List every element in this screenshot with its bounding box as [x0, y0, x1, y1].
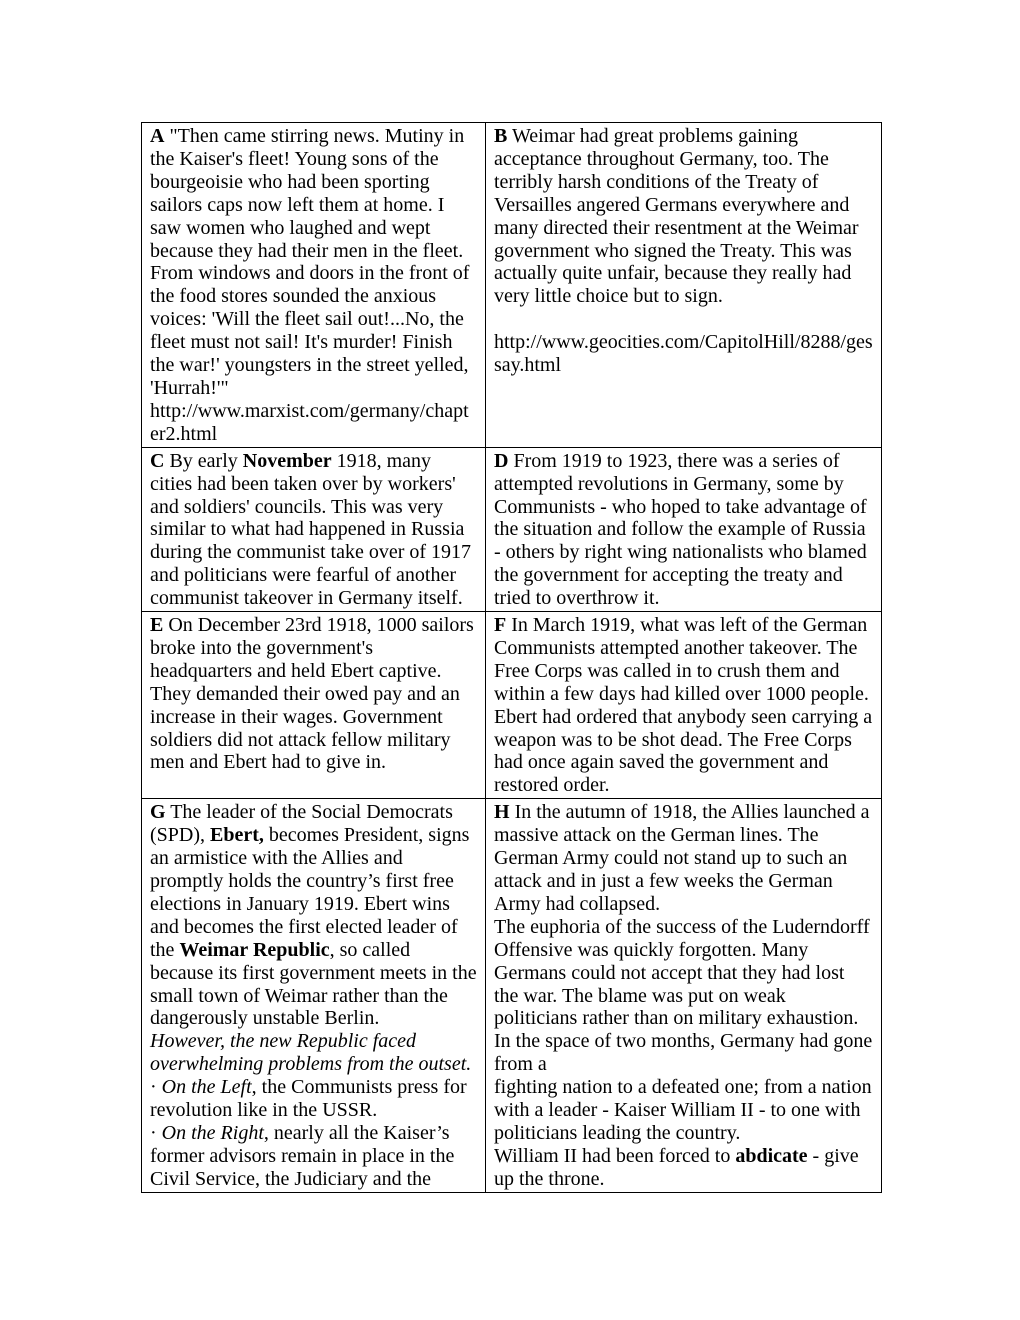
text-segment: C: [150, 450, 164, 472]
text-segment: By early: [164, 450, 242, 472]
text-segment: However, the new Republic faced overwhel…: [150, 1030, 471, 1075]
text-segment: Ebert,: [210, 824, 264, 846]
table-cell-d: D From 1919 to 1923, there was a series …: [486, 447, 882, 611]
table-cell-g: G The leader of the Social Democrats (SP…: [142, 799, 486, 1192]
table-cell-c: C By early November 1918, many cities ha…: [142, 447, 486, 611]
text-segment: On the Right: [162, 1122, 264, 1144]
table-cell-a: A "Then came stirring news. Mutiny in th…: [142, 123, 486, 448]
content-table: A "Then came stirring news. Mutiny in th…: [141, 122, 882, 1193]
text-segment: G: [150, 801, 166, 823]
table-cell-h: H In the autumn of 1918, the Allies laun…: [486, 799, 882, 1192]
text-segment: H: [494, 801, 510, 823]
text-segment: In March 1919, what was left of the Germ…: [494, 614, 877, 796]
text-segment: Weimar Republic: [179, 939, 329, 961]
text-segment: abdicate: [735, 1145, 807, 1167]
text-segment: November: [243, 450, 332, 472]
text-segment: E: [150, 614, 163, 636]
table-row: E On December 23rd 1918, 1000 sailors br…: [142, 612, 882, 799]
table-row: A "Then came stirring news. Mutiny in th…: [142, 123, 882, 448]
text-segment: On the Left: [162, 1076, 252, 1098]
table-cell-f: F In March 1919, what was left of the Ge…: [486, 612, 882, 799]
table-row: C By early November 1918, many cities ha…: [142, 447, 882, 611]
document-page: A "Then came stirring news. Mutiny in th…: [0, 0, 1020, 1320]
text-segment: F: [494, 614, 506, 636]
table-row: G The leader of the Social Democrats (SP…: [142, 799, 882, 1192]
text-segment: On December 23rd 1918, 1000 sailors brok…: [150, 614, 479, 773]
text-segment: B: [494, 125, 507, 147]
text-segment: 1918, many cities had been taken over by…: [150, 450, 476, 609]
text-segment: D: [494, 450, 508, 472]
text-segment: In the autumn of 1918, the Allies launch…: [494, 801, 877, 1167]
text-segment: ·: [150, 1076, 162, 1098]
table-cell-b: B Weimar had great problems gaining acce…: [486, 123, 882, 448]
table-cell-e: E On December 23rd 1918, 1000 sailors br…: [142, 612, 486, 799]
text-segment: From 1919 to 1923, there was a series of…: [494, 450, 872, 609]
text-segment: "Then came stirring news. Mutiny in the …: [150, 125, 474, 445]
text-segment: A: [150, 125, 164, 147]
text-segment: Weimar had great problems gaining accept…: [494, 125, 873, 376]
